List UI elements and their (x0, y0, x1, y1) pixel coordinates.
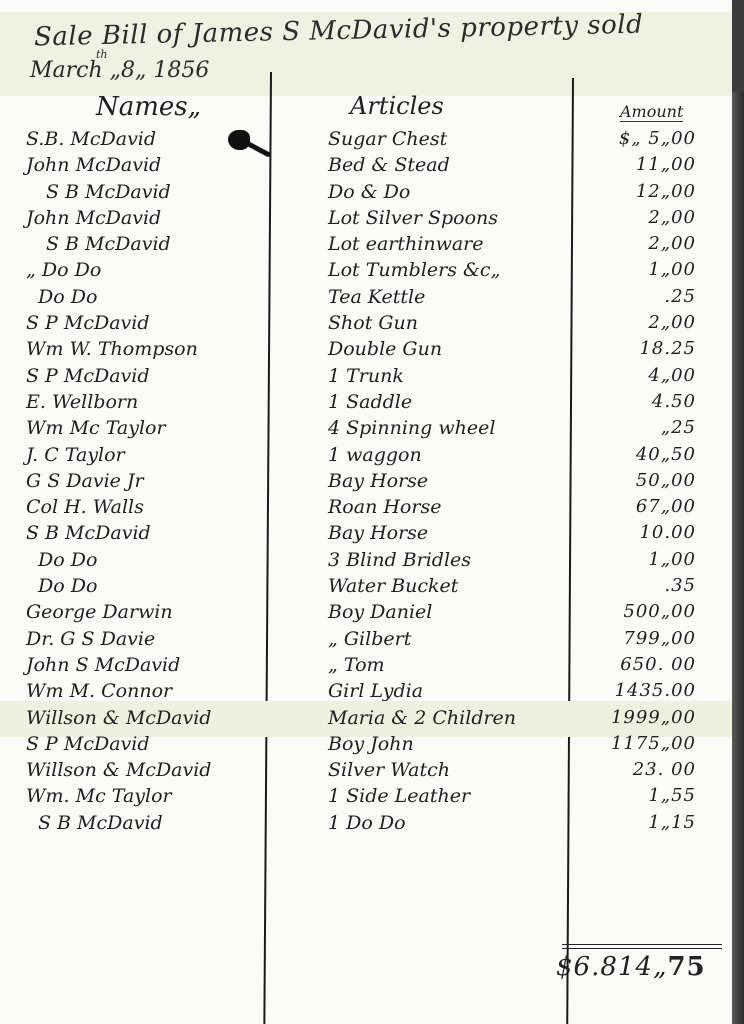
table-row: John McDavidLot Silver Spoons2„00 (0, 207, 732, 233)
article-name: Maria & 2 Children (328, 707, 516, 729)
article-name: Lot earthinware (328, 233, 484, 255)
buyer-name: S B McDavid (46, 181, 171, 203)
table-row: E. Wellborn1 Saddle4.50 (0, 391, 732, 417)
amount-value: „25 (661, 417, 696, 438)
table-row: Dr. G S Davie„ Gilbert799„00 (0, 628, 732, 654)
scan-edge (732, 0, 744, 1024)
sale-date-text: March „8„ 1856 (30, 58, 209, 83)
buyer-name: G S Davie Jr (26, 470, 144, 492)
table-row: Wm Mc Taylor4 Spinning wheel„25 (0, 417, 732, 443)
buyer-name: S.B. McDavid (26, 128, 156, 150)
buyer-name: Willson & McDavid (26, 707, 211, 729)
article-name: Boy John (328, 733, 414, 755)
article-name: Tea Kettle (328, 286, 425, 308)
amount-value: 1999„00 (611, 707, 696, 728)
article-name: 1 waggon (328, 444, 422, 466)
date-superscript: th (96, 48, 108, 61)
amount-value: 1175„00 (611, 733, 696, 754)
buyer-name: John S McDavid (26, 654, 180, 676)
amount-value: 4.50 (652, 391, 696, 412)
buyer-name: Dr. G S Davie (26, 628, 155, 650)
article-name: Roan Horse (328, 496, 441, 518)
article-name: 4 Spinning wheel (328, 417, 495, 439)
total-rule-double (562, 948, 722, 949)
column-header-amount: Amount (620, 102, 683, 122)
amount-value: 10.00 (639, 522, 696, 543)
buyer-name: Wm. Mc Taylor (26, 785, 172, 807)
amount-value: 650. 00 (620, 654, 696, 675)
amount-value: 4„00 (648, 365, 696, 386)
amount-value: 12„00 (636, 181, 696, 202)
article-name: 1 Do Do (328, 812, 406, 834)
amount-value: 11„00 (636, 154, 696, 175)
buyer-name: John McDavid (26, 154, 161, 176)
article-name: Bay Horse (328, 470, 428, 492)
table-row: Do Do3 Blind Bridles1„00 (0, 549, 732, 575)
amount-value: 2„00 (648, 233, 696, 254)
amount-value: 1„55 (648, 785, 696, 806)
buyer-name: Wm Mc Taylor (26, 417, 166, 439)
sale-total: $6.814„75 (556, 952, 706, 982)
column-header-articles: Articles (350, 92, 444, 120)
buyer-name: S P McDavid (26, 733, 150, 755)
table-row: S B McDavidBay Horse10.00 (0, 522, 732, 548)
buyer-name: Wm M. Connor (26, 680, 172, 702)
table-row: G S Davie JrBay Horse50„00 (0, 470, 732, 496)
amount-value: 799„00 (623, 628, 696, 649)
amount-value: 50„00 (636, 470, 696, 491)
amount-value: $„ 5„00 (619, 128, 696, 149)
amount-value: 23. 00 (633, 759, 696, 780)
amount-value: 2„00 (648, 312, 696, 333)
article-name: Silver Watch (328, 759, 450, 781)
table-row: S B McDavidDo & Do12„00 (0, 181, 732, 207)
article-name: Shot Gun (328, 312, 418, 334)
article-name: Bed & Stead (328, 154, 450, 176)
table-row: J. C Taylor1 waggon40„50 (0, 444, 732, 470)
table-row: John McDavidBed & Stead11„00 (0, 154, 732, 180)
table-row: S B McDavidLot earthinware2„00 (0, 233, 732, 259)
buyer-name: S B McDavid (38, 812, 163, 834)
article-name: Sugar Chest (328, 128, 447, 150)
buyer-name: Do Do (38, 549, 97, 571)
amount-value: 67„00 (636, 496, 696, 517)
buyer-name: S B McDavid (46, 233, 171, 255)
amount-value: 2„00 (648, 207, 696, 228)
table-row: John S McDavid„ Tom650. 00 (0, 654, 732, 680)
article-name: Boy Daniel (328, 601, 432, 623)
buyer-name: S B McDavid (26, 522, 151, 544)
amount-value: 40„50 (636, 444, 696, 465)
table-row: Do DoWater Bucket.35 (0, 575, 732, 601)
article-name: Girl Lydia (328, 680, 423, 702)
article-name: 1 Side Leather (328, 785, 470, 807)
amount-value: 18.25 (639, 338, 696, 359)
table-row: S B McDavid1 Do Do1„15 (0, 812, 732, 838)
amount-value: 1„15 (648, 812, 696, 833)
sale-entries: S.B. McDavidSugar Chest$„ 5„00John McDav… (0, 128, 732, 838)
article-name: 1 Trunk (328, 365, 404, 387)
buyer-name: E. Wellborn (26, 391, 138, 413)
table-row: Do DoTea Kettle.25 (0, 286, 732, 312)
article-name: Bay Horse (328, 522, 428, 544)
article-name: Do & Do (328, 181, 410, 203)
buyer-name: Do Do (38, 286, 97, 308)
table-row: S P McDavid1 Trunk4„00 (0, 365, 732, 391)
buyer-name: Col H. Walls (26, 496, 144, 518)
article-name: Lot Silver Spoons (328, 207, 498, 229)
buyer-name: Do Do (38, 575, 97, 597)
article-name: 3 Blind Bridles (328, 549, 471, 571)
table-row: „ Do DoLot Tumblers &c„1„00 (0, 259, 732, 285)
buyer-name: S P McDavid (26, 365, 150, 387)
article-name: „ Tom (328, 654, 385, 676)
table-row: Willson & McDavidMaria & 2 Children1999„… (0, 707, 732, 733)
buyer-name: George Darwin (26, 601, 173, 623)
amount-value: .25 (664, 286, 696, 307)
table-row: S P McDavidBoy John1175„00 (0, 733, 732, 759)
column-header-names: Names„ (96, 92, 201, 122)
buyer-name: John McDavid (26, 207, 161, 229)
buyer-name: „ Do Do (26, 259, 101, 281)
article-name: Water Bucket (328, 575, 458, 597)
article-name: Lot Tumblers &c„ (328, 259, 500, 281)
amount-value: 500„00 (623, 601, 696, 622)
amount-value: 1„00 (648, 549, 696, 570)
total-amount: $6.814„ (556, 952, 667, 982)
document-page: Sale Bill of James S McDavid's property … (0, 0, 732, 1024)
amount-value: 1435.00 (615, 680, 696, 701)
table-row: S P McDavidShot Gun2„00 (0, 312, 732, 338)
amount-value: .35 (664, 575, 696, 596)
total-cents: 75 (667, 952, 705, 982)
table-row: Col H. WallsRoan Horse67„00 (0, 496, 732, 522)
table-row: Wm. Mc Taylor1 Side Leather1„55 (0, 785, 732, 811)
sale-date: March „8„ 1856 th (30, 58, 209, 83)
article-name: 1 Saddle (328, 391, 412, 413)
buyer-name: J. C Taylor (26, 444, 125, 466)
table-row: Wm W. ThompsonDouble Gun18.25 (0, 338, 732, 364)
buyer-name: Wm W. Thompson (26, 338, 198, 360)
buyer-name: S P McDavid (26, 312, 150, 334)
article-name: „ Gilbert (328, 628, 411, 650)
article-name: Double Gun (328, 338, 442, 360)
amount-value: 1„00 (648, 259, 696, 280)
table-row: Willson & McDavidSilver Watch23. 00 (0, 759, 732, 785)
table-row: S.B. McDavidSugar Chest$„ 5„00 (0, 128, 732, 154)
table-row: George DarwinBoy Daniel500„00 (0, 601, 732, 627)
buyer-name: Willson & McDavid (26, 759, 211, 781)
total-rule (562, 944, 722, 945)
